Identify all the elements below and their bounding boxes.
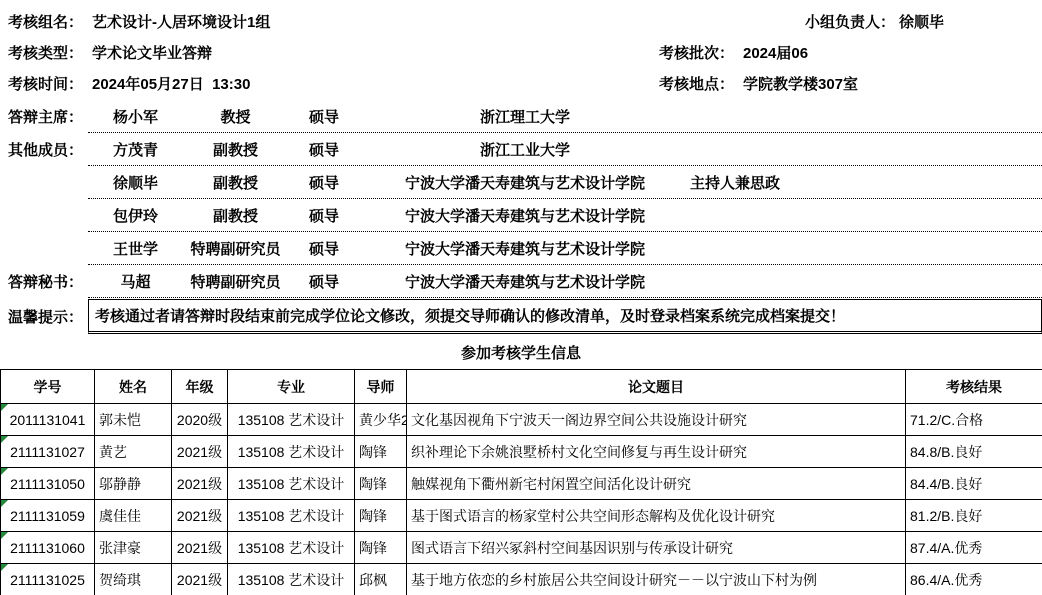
group-name-value: 艺术设计-人居环境设计1组 <box>92 11 270 32</box>
student-mentor: 陶锋 <box>355 500 407 532</box>
member-degree: 硕导 <box>288 139 360 160</box>
committee-row-member: 徐顺毕 副教授 硕导 宁波大学潘天寿建筑与艺术设计学院 主持人兼思政 <box>0 166 1042 199</box>
col-header-result: 考核结果 <box>906 370 1042 404</box>
assessment-result: 84.4/B.良好 <box>906 468 1042 500</box>
member-name: 王世学 <box>88 238 183 259</box>
thesis-title: 基于图式语言的杨家堂村公共空间形态解构及优化设计研究 <box>407 500 906 532</box>
student-name: 贺绮琪 <box>95 564 172 595</box>
committee-role-label: 答辩主席： <box>0 100 88 133</box>
committee-row-content: 包伊玲 副教授 硕导 宁波大学潘天寿建筑与艺术设计学院 <box>88 199 1042 232</box>
assessment-type-value: 学术论文毕业答辩 <box>92 42 212 63</box>
student-grade: 2021级 <box>172 564 228 595</box>
committee-role-label: 其他成员： <box>0 133 88 166</box>
assessment-result: 87.4/A.优秀 <box>906 532 1042 564</box>
col-header-name: 姓名 <box>95 370 172 404</box>
students-section-title: 参加考核学生信息 <box>0 342 1042 363</box>
group-name-label: 考核组名： <box>8 11 83 32</box>
student-grade: 2021级 <box>172 500 228 532</box>
member-title: 教授 <box>183 106 288 127</box>
assessment-batch-label: 考核批次： <box>659 42 734 63</box>
student-mentor: 陶锋 <box>355 436 407 468</box>
member-org: 宁波大学潘天寿建筑与艺术设计学院 <box>360 205 690 226</box>
col-header-major: 专业 <box>228 370 355 404</box>
committee-row-member: 王世学 特聘副研究员 硕导 宁波大学潘天寿建筑与艺术设计学院 <box>0 232 1042 265</box>
thesis-title: 触媒视角下衢州新宅村闲置空间活化设计研究 <box>407 468 906 500</box>
assessment-result: 86.4/A.优秀 <box>906 564 1042 595</box>
group-leader-label: 小组负责人： <box>805 11 895 32</box>
committee-row-content: 马超 特聘副研究员 硕导 宁波大学潘天寿建筑与艺术设计学院 <box>88 265 1042 298</box>
committee-role-label <box>0 166 88 199</box>
student-id-cell: 2111131025 <box>1 564 95 595</box>
student-major: 135108 艺术设计 <box>228 404 355 436</box>
assessment-time-value: 2024年05月27日 13:30 <box>92 73 250 94</box>
student-id: 2111131059 <box>10 508 85 524</box>
committee-role-label <box>0 232 88 265</box>
corner-marker-icon <box>1 532 8 539</box>
assessment-sheet: 考核组名： 艺术设计-人居环境设计1组 小组负责人： 徐顺毕 考核类型： 学术论… <box>0 0 1042 595</box>
tip-text: 考核通过者请答辩时段结束前完成学位论文修改，须提交导师确认的修改清单，及时登录档… <box>88 299 1042 334</box>
col-header-thesis: 论文题目 <box>407 370 906 404</box>
committee-row-content: 杨小军 教授 硕导 浙江理工大学 <box>88 100 1042 133</box>
assessment-location-value: 学院教学楼307室 <box>743 73 858 94</box>
tip-label: 温馨提示： <box>0 299 88 334</box>
student-grade: 2021级 <box>172 468 228 500</box>
student-major: 135108 艺术设计 <box>228 436 355 468</box>
student-id: 2111131050 <box>10 476 85 492</box>
student-id-cell: 2111131027 <box>1 436 95 468</box>
student-id-cell: 2111131059 <box>1 500 95 532</box>
table-row: 2111131059 虞佳佳 2021级 135108 艺术设计 陶锋 基于图式… <box>1 500 1042 532</box>
assessment-result: 81.2/B.良好 <box>906 500 1042 532</box>
committee-row-chair: 答辩主席： 杨小军 教授 硕导 浙江理工大学 <box>0 100 1042 133</box>
table-row: 2111131050 邬静静 2021级 135108 艺术设计 陶锋 触媒视角… <box>1 468 1042 500</box>
assessment-result: 71.2/C.合格 <box>906 404 1042 436</box>
member-title: 特聘副研究员 <box>183 271 288 292</box>
member-name: 徐顺毕 <box>88 172 183 193</box>
member-degree: 硕导 <box>288 172 360 193</box>
member-name: 马超 <box>88 271 183 292</box>
header-info: 考核组名： 艺术设计-人居环境设计1组 小组负责人： 徐顺毕 考核类型： 学术论… <box>0 0 1042 98</box>
student-id: 2011131041 <box>10 412 86 428</box>
member-org: 宁波大学潘天寿建筑与艺术设计学院 <box>360 271 690 292</box>
committee-row-content: 徐顺毕 副教授 硕导 宁波大学潘天寿建筑与艺术设计学院 主持人兼思政 <box>88 166 1042 199</box>
corner-marker-icon <box>1 564 8 571</box>
student-name: 郭未恺 <box>95 404 172 436</box>
thesis-title: 图式语言下绍兴冢斜村空间基因识别与传承设计研究 <box>407 532 906 564</box>
member-org: 浙江工业大学 <box>360 139 690 160</box>
student-mentor: 邱枫 <box>355 564 407 595</box>
student-major: 135108 艺术设计 <box>228 532 355 564</box>
student-name: 张津豪 <box>95 532 172 564</box>
member-title: 副教授 <box>183 139 288 160</box>
member-org: 宁波大学潘天寿建筑与艺术设计学院 <box>360 238 690 259</box>
col-header-grade: 年级 <box>172 370 228 404</box>
group-leader-value: 徐顺毕 <box>899 11 944 32</box>
tip-row: 温馨提示： 考核通过者请答辩时段结束前完成学位论文修改，须提交导师确认的修改清单… <box>0 299 1042 334</box>
corner-marker-icon <box>1 436 8 443</box>
member-title: 副教授 <box>183 172 288 193</box>
table-row: 2111131060 张津豪 2021级 135108 艺术设计 陶锋 图式语言… <box>1 532 1042 564</box>
member-degree: 硕导 <box>288 271 360 292</box>
committee-row-content: 王世学 特聘副研究员 硕导 宁波大学潘天寿建筑与艺术设计学院 <box>88 232 1042 265</box>
member-degree: 硕导 <box>288 106 360 127</box>
student-major: 135108 艺术设计 <box>228 500 355 532</box>
thesis-title: 文化基因视角下宁波天一阁边界空间公共设施设计研究 <box>407 404 906 436</box>
thesis-title: 基于地方依恋的乡村旅居公共空间设计研究－－以宁波山下村为例 <box>407 564 906 595</box>
student-id-cell: 2111131050 <box>1 468 95 500</box>
info-row-group: 考核组名： 艺术设计-人居环境设计1组 小组负责人： 徐顺毕 <box>0 5 1042 36</box>
table-row: 2111131027 黄艺 2021级 135108 艺术设计 陶锋 织补理论下… <box>1 436 1042 468</box>
corner-marker-icon <box>1 500 8 507</box>
thesis-title: 织补理论下余姚浪墅桥村文化空间修复与再生设计研究 <box>407 436 906 468</box>
student-mentor: 黄少华2 <box>355 404 407 436</box>
member-org: 浙江理工大学 <box>360 106 690 127</box>
committee-section: 答辩主席： 杨小军 教授 硕导 浙江理工大学 其他成员： 方茂青 副教授 硕导 … <box>0 100 1042 298</box>
student-grade: 2021级 <box>172 436 228 468</box>
assessment-location-label: 考核地点： <box>659 73 734 94</box>
student-major: 135108 艺术设计 <box>228 468 355 500</box>
member-note: 主持人兼思政 <box>690 172 1042 193</box>
committee-row-secretary: 答辩秘书： 马超 特聘副研究员 硕导 宁波大学潘天寿建筑与艺术设计学院 <box>0 265 1042 298</box>
student-mentor: 陶锋 <box>355 468 407 500</box>
student-major: 135108 艺术设计 <box>228 564 355 595</box>
student-id: 2111131025 <box>10 572 85 588</box>
committee-row-member: 其他成员： 方茂青 副教授 硕导 浙江工业大学 <box>0 133 1042 166</box>
member-org: 宁波大学潘天寿建筑与艺术设计学院 <box>360 172 690 193</box>
student-id-cell: 2011131041 <box>1 404 95 436</box>
member-name: 方茂青 <box>88 139 183 160</box>
student-mentor: 陶锋 <box>355 532 407 564</box>
col-header-mentor: 导师 <box>355 370 407 404</box>
info-row-time: 考核时间： 2024年05月27日 13:30 考核地点： 学院教学楼307室 <box>0 67 1042 98</box>
students-table: 学号 姓名 年级 专业 导师 论文题目 考核结果 2011131041 郭未恺 … <box>0 369 1042 595</box>
student-id: 2111131027 <box>10 444 85 460</box>
member-name: 杨小军 <box>88 106 183 127</box>
committee-role-label: 答辩秘书： <box>0 265 88 298</box>
assessment-time-label: 考核时间： <box>8 73 83 94</box>
student-name: 虞佳佳 <box>95 500 172 532</box>
committee-row-member: 包伊玲 副教授 硕导 宁波大学潘天寿建筑与艺术设计学院 <box>0 199 1042 232</box>
corner-marker-icon <box>1 468 8 475</box>
table-header-row: 学号 姓名 年级 专业 导师 论文题目 考核结果 <box>1 370 1042 404</box>
committee-row-content: 方茂青 副教授 硕导 浙江工业大学 <box>88 133 1042 166</box>
member-degree: 硕导 <box>288 205 360 226</box>
member-degree: 硕导 <box>288 238 360 259</box>
table-row: 2011131041 郭未恺 2020级 135108 艺术设计 黄少华2 文化… <box>1 404 1042 436</box>
assessment-batch-value: 2024届06 <box>743 42 808 63</box>
member-title: 特聘副研究员 <box>183 238 288 259</box>
member-name: 包伊玲 <box>88 205 183 226</box>
student-grade: 2021级 <box>172 532 228 564</box>
table-row: 2111131025 贺绮琪 2021级 135108 艺术设计 邱枫 基于地方… <box>1 564 1042 595</box>
student-grade: 2020级 <box>172 404 228 436</box>
corner-marker-icon <box>1 404 8 411</box>
student-name: 邬静静 <box>95 468 172 500</box>
student-id: 2111131060 <box>10 540 85 556</box>
col-header-student-id: 学号 <box>1 370 95 404</box>
info-row-type: 考核类型： 学术论文毕业答辩 考核批次： 2024届06 <box>0 36 1042 67</box>
student-name: 黄艺 <box>95 436 172 468</box>
committee-role-label <box>0 199 88 232</box>
student-id-cell: 2111131060 <box>1 532 95 564</box>
assessment-result: 84.8/B.良好 <box>906 436 1042 468</box>
assessment-type-label: 考核类型： <box>8 42 83 63</box>
member-title: 副教授 <box>183 205 288 226</box>
